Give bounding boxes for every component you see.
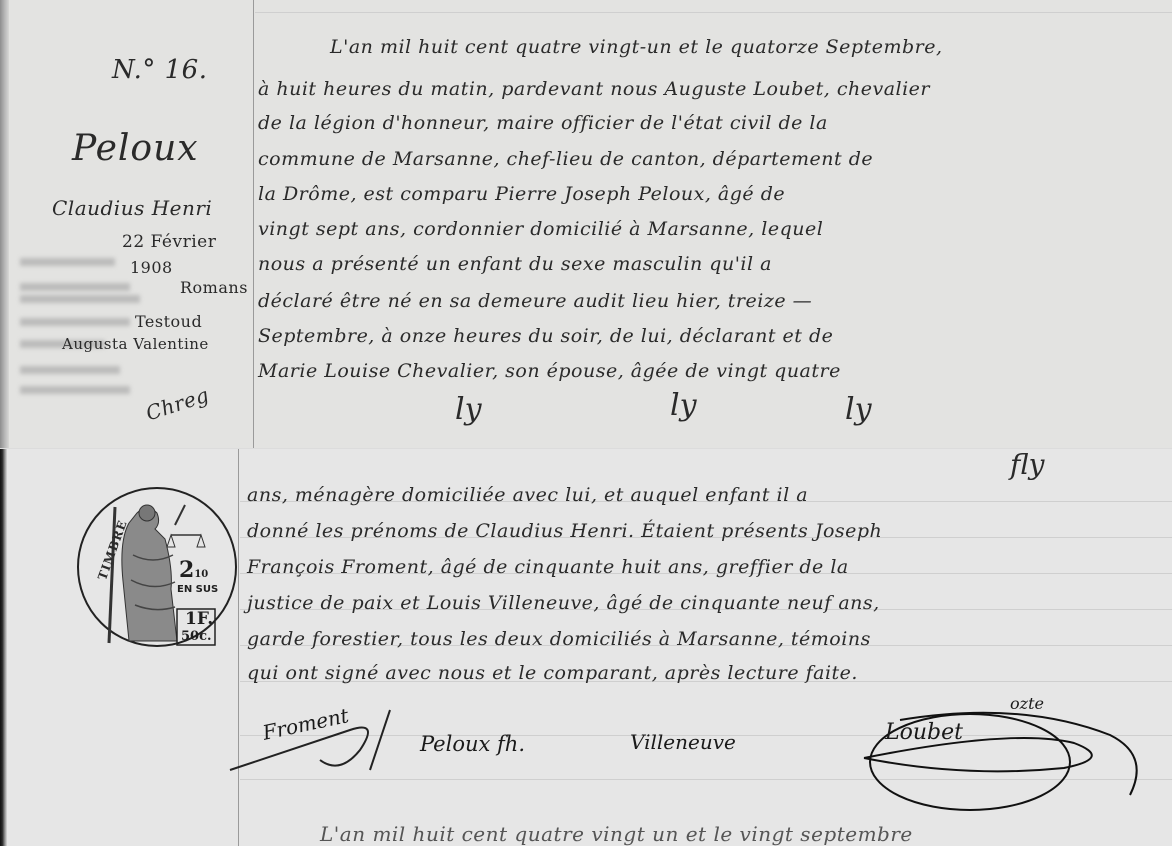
signature-mayor-note: ozte bbox=[1010, 694, 1044, 713]
fiscal-stamp: TIMBRE 210 EN SUS 1F. 50c. bbox=[75, 485, 240, 650]
stamp-surtax-num: 2 bbox=[179, 557, 194, 583]
redacted-annotation bbox=[20, 318, 130, 326]
text-line: justice de paix et Louis Villeneuve, âgé… bbox=[247, 592, 880, 614]
stamp-value-cents: 50c. bbox=[181, 629, 212, 644]
margin-rule bbox=[253, 0, 254, 448]
redacted-annotation bbox=[20, 366, 120, 374]
annotation-place: Romans bbox=[180, 278, 248, 297]
text-line: nous a présenté un enfant du sexe mascul… bbox=[258, 253, 772, 275]
text-line: à huit heures du matin, pardevant nous A… bbox=[258, 78, 930, 100]
register-page-top: N.° 16. Peloux Claudius Henri 22 Février… bbox=[0, 0, 1172, 448]
paraph-mark: ly bbox=[845, 392, 872, 427]
text-line: Septembre, à onze heures du soir, de lui… bbox=[258, 325, 833, 347]
redacted-annotation bbox=[20, 258, 115, 266]
text-line: ans, ménagère domiciliée avec lui, et au… bbox=[247, 484, 808, 506]
signature-peloux: Peloux fh. bbox=[420, 732, 525, 756]
signature-villeneuve: Villeneuve bbox=[630, 730, 736, 754]
text-line: François Froment, âgé de cinquante huit … bbox=[247, 556, 849, 578]
mayor-signature-loop-icon bbox=[860, 700, 1160, 820]
redacted-annotation bbox=[20, 283, 130, 291]
text-line: déclaré être né en sa demeure audit lieu… bbox=[258, 290, 812, 312]
text-line: L'an mil huit cent quatre vingt-un et le… bbox=[330, 36, 943, 58]
stamp-surtax-text: EN SUS bbox=[177, 584, 218, 595]
text-line: de la légion d'honneur, maire officier d… bbox=[258, 112, 828, 134]
text-line: la Drôme, est comparu Pierre Joseph Pelo… bbox=[258, 183, 785, 205]
page-binding bbox=[0, 0, 9, 448]
annotation-date: 22 Février bbox=[122, 232, 216, 252]
redacted-annotation bbox=[20, 295, 140, 303]
text-line: commune de Marsanne, chef-lieu de canton… bbox=[258, 148, 873, 170]
entry-number: N.° 16. bbox=[112, 55, 207, 85]
next-entry-start: L'an mil huit cent quatre vingt un et le… bbox=[320, 822, 913, 846]
text-line: Marie Louise Chevalier, son épouse, âgée… bbox=[258, 360, 841, 382]
stamp-surtax-den: 10 bbox=[194, 569, 208, 580]
annotation-year: 1908 bbox=[130, 258, 173, 277]
spouse-given-names: Augusta Valentine bbox=[62, 335, 209, 353]
stamp-value-francs: 1F. bbox=[185, 609, 213, 629]
text-line: garde forestier, tous les deux domicilié… bbox=[247, 628, 871, 650]
text-line: donné les prénoms de Claudius Henri. Éta… bbox=[247, 520, 882, 542]
text-line: vingt sept ans, cordonnier domicilié à M… bbox=[258, 218, 823, 240]
margin-mark: fly bbox=[1010, 448, 1045, 481]
ruled-line bbox=[255, 12, 1172, 13]
paraph-mark: ly bbox=[670, 388, 697, 423]
margin-surname: Peloux bbox=[72, 128, 199, 169]
signature-mayor: Loubet bbox=[885, 720, 963, 745]
paraph-mark: ly bbox=[455, 392, 482, 427]
margin-given-names: Claudius Henri bbox=[52, 196, 212, 220]
spouse-surname: Testoud bbox=[135, 312, 202, 331]
redacted-annotation bbox=[20, 386, 130, 394]
signature-flourish-icon bbox=[220, 700, 420, 780]
text-line: qui ont signé avec nous et le comparant,… bbox=[247, 662, 858, 684]
stamp-surtax: 210 bbox=[179, 557, 208, 583]
page-binding bbox=[0, 449, 7, 846]
annotation-initials: Chreg bbox=[143, 383, 212, 426]
